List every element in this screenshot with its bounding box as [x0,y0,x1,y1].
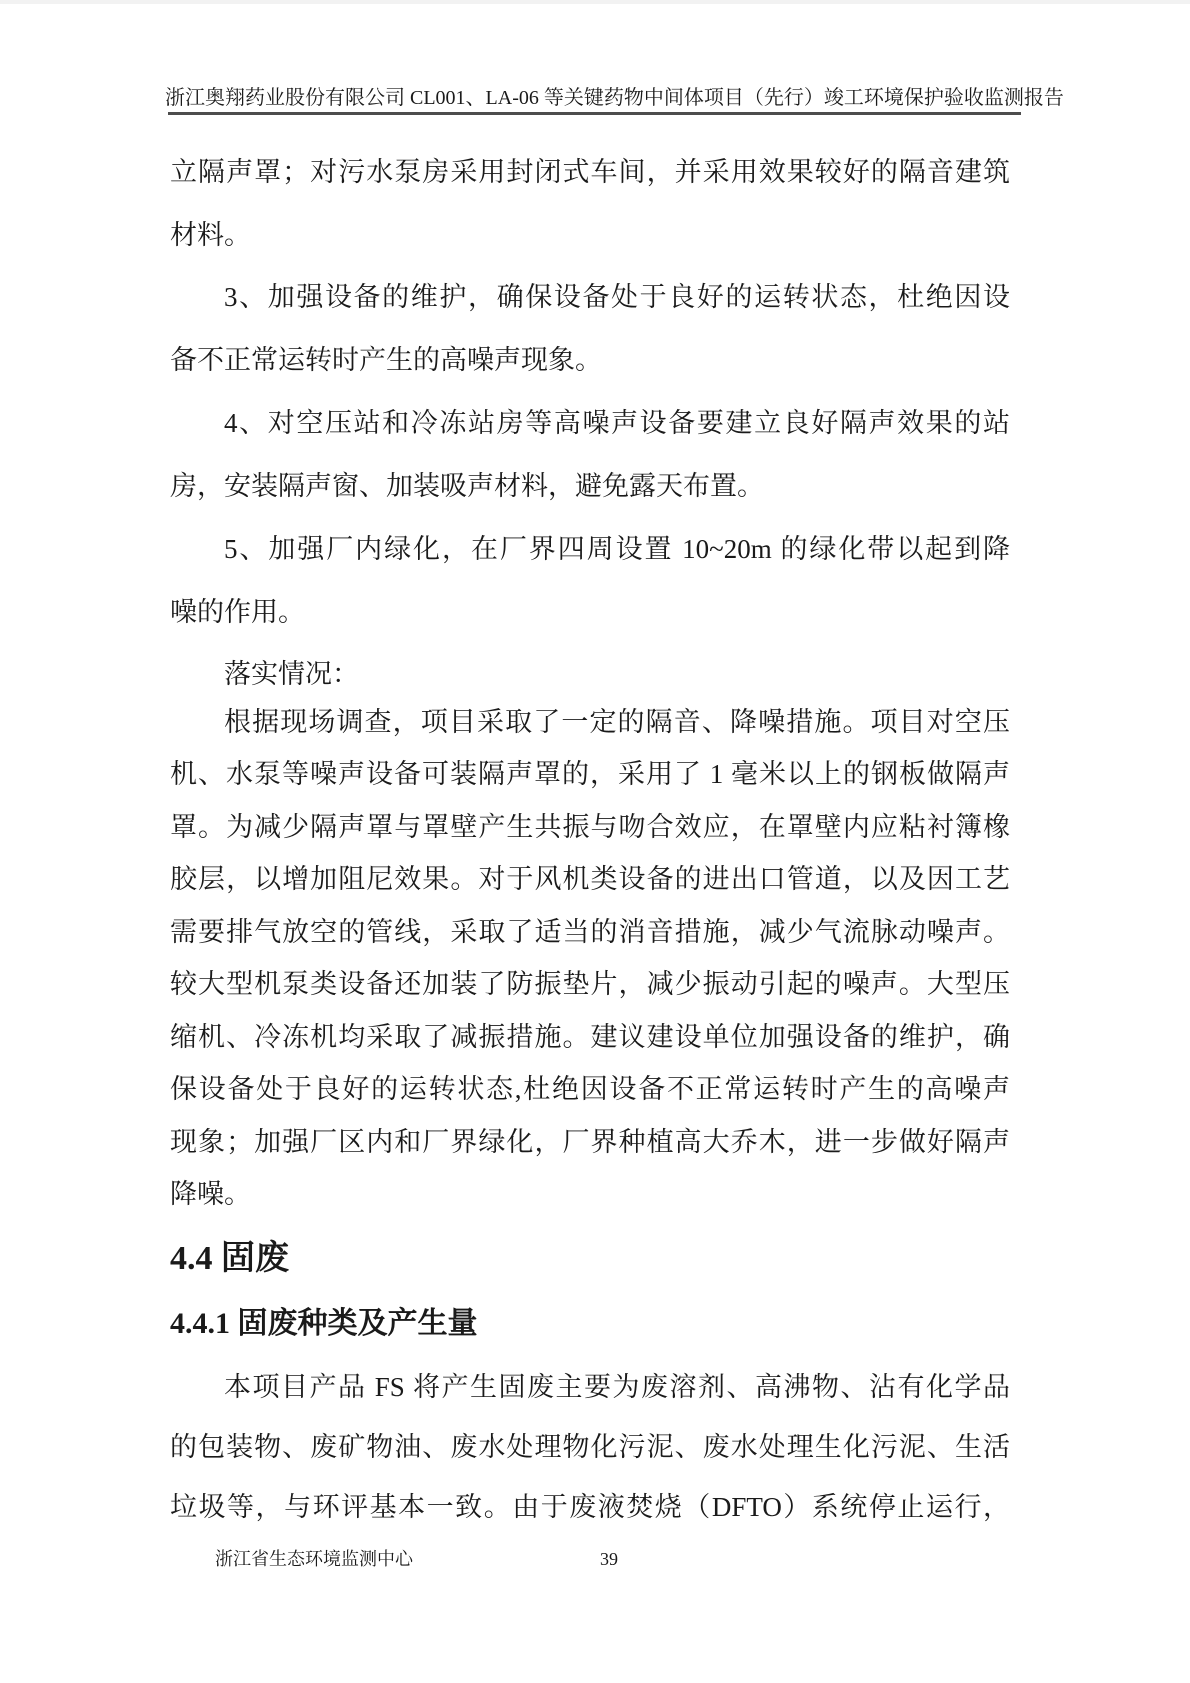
body-line: 4、对空压站和冷冻站房等高噪声设备要建立良好隔声效果的站 [170,406,1010,440]
body-line: 垃圾等，与环评基本一致。由于废液焚烧（DFTO）系统停止运行， [170,1490,1010,1524]
footer-organization: 浙江省生态环境监测中心 [215,1548,413,1570]
scan-edge [0,0,1190,4]
body-line: 缩机、冷冻机均采取了减振措施。建议建设单位加强设备的维护，确 [170,1020,1010,1054]
section-heading: 4.4 固废 [170,1238,1010,1280]
body-line: 备不正常运转时产生的高噪声现象。 [170,343,1010,377]
body-line: 5、加强厂内绿化，在厂界四周设置 10~20m 的绿化带以起到降 [170,532,1010,566]
body-line: 房，安装隔声窗、加装吸声材料，避免露天布置。 [170,469,1010,503]
body-line: 3、加强设备的维护，确保设备处于良好的运转状态，杜绝因设 [170,280,1010,314]
body-line: 较大型机泵类设备还加装了防振垫片，减少振动引起的噪声。大型压 [170,967,1010,1001]
body-line: 落实情况： [170,657,1010,691]
body-line: 需要排气放空的管线，采取了适当的消音措施，减少气流脉动噪声。 [170,915,1010,949]
body-line: 的包装物、废矿物油、废水处理物化污泥、废水处理生化污泥、生活 [170,1430,1010,1464]
body-line: 根据现场调查，项目采取了一定的隔音、降噪措施。项目对空压 [170,705,1010,739]
body-line: 立隔声罩；对污水泵房采用封闭式车间，并采用效果较好的隔音建筑 [170,155,1010,189]
header-rule [168,112,1021,115]
body-line: 材料。 [170,218,1010,252]
body-line: 保设备处于良好的运转状态,杜绝因设备不正常运转时产生的高噪声 [170,1072,1010,1106]
page-header-title: 浙江奥翔药业股份有限公司 CL001、LA-06 等关键药物中间体项目（先行）竣… [165,86,1025,110]
body-line: 罩。为减少隔声罩与罩壁产生共振与吻合效应，在罩壁内应粘衬簿橡 [170,810,1010,844]
subsection-heading: 4.4.1 固废种类及产生量 [170,1305,1010,1343]
document-page: 浙江奥翔药业股份有限公司 CL001、LA-06 等关键药物中间体项目（先行）竣… [0,0,1190,1683]
body-line: 噪的作用。 [170,595,1010,629]
body-line: 降噪。 [170,1177,1010,1211]
footer-page-number: 39 [600,1548,618,1570]
body-line: 胶层，以增加阻尼效果。对于风机类设备的进出口管道，以及因工艺 [170,862,1010,896]
body-line: 本项目产品 FS 将产生固废主要为废溶剂、高沸物、沾有化学品 [170,1370,1010,1404]
body-line: 机、水泵等噪声设备可装隔声罩的，采用了 1 毫米以上的钢板做隔声 [170,757,1010,791]
body-line: 现象；加强厂区内和厂界绿化，厂界种植高大乔木，进一步做好隔声 [170,1125,1010,1159]
